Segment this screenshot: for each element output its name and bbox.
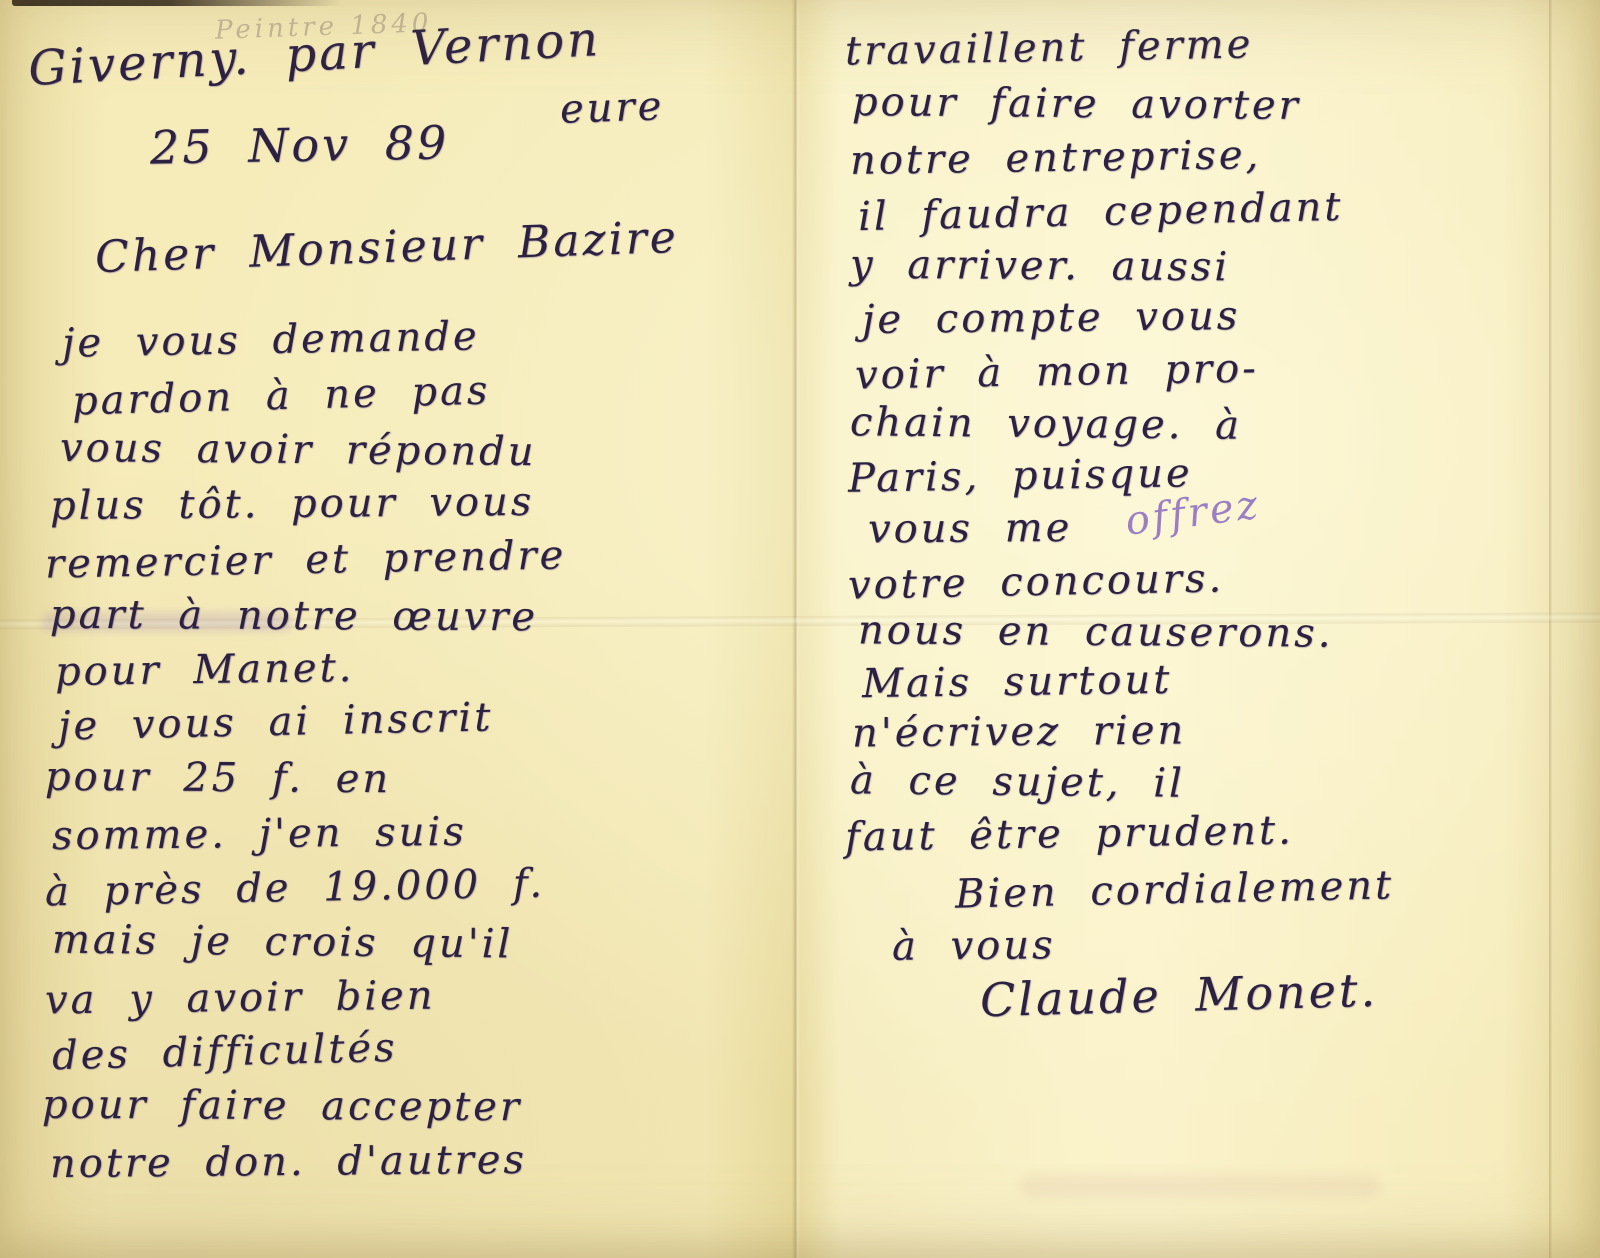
- date-line: 25 Nov 89: [150, 119, 450, 170]
- handwriting-line: à près de 19.000 f.: [45, 864, 546, 913]
- place-line-2: eure: [559, 86, 665, 130]
- handwriting-line: Mais surtout: [862, 660, 1173, 704]
- closing-line-2: à vous: [892, 925, 1056, 966]
- handwriting-line: pardon à ne pas: [72, 371, 491, 422]
- handwriting-line: nous en causerons.: [858, 610, 1334, 653]
- handwriting-line: vous avoir répondu: [60, 428, 537, 472]
- handwriting-line: plus tôt. pour vous: [50, 482, 535, 526]
- handwriting-word: vous me: [868, 505, 1073, 552]
- signature-line: Claude Monet.: [979, 967, 1378, 1023]
- handwriting-line: des difficultés: [52, 1028, 398, 1076]
- handwriting-line: voir à mon pro-: [855, 348, 1259, 395]
- closing-line: Bien cordialement: [955, 865, 1395, 914]
- handwriting-line: vous meoffrez: [868, 507, 1263, 550]
- page-fold: [792, 0, 800, 1258]
- handwriting-line: à ce sujet, il: [850, 760, 1185, 804]
- handwriting-line: travaillent ferme: [845, 24, 1254, 71]
- handwriting-line: notre entreprise,: [850, 135, 1262, 181]
- place-line: Giverny. par Vernon: [27, 15, 602, 93]
- handwriting-line: votre concours.: [848, 558, 1225, 605]
- handwriting-line: remercier et prendre: [45, 535, 567, 584]
- handwriting-line: faut être prudent.: [845, 810, 1294, 857]
- handwriting-line: pour Manet.: [55, 648, 355, 692]
- handwriting-line: notre don. d'autres: [50, 1140, 527, 1184]
- handwriting-line: il faudra cependant: [858, 187, 1344, 237]
- handwriting-line: je compte vous: [862, 296, 1241, 340]
- paper-edge-line: [1549, 0, 1552, 1258]
- handwriting-line: je vous ai inscrit: [58, 697, 494, 746]
- salutation-line: Cher Monsieur Bazire: [94, 216, 679, 280]
- handwriting-line: part à notre œuvre: [50, 595, 538, 638]
- handwriting-line: pour 25 f. en: [45, 757, 391, 799]
- scan-edge-artifact: [12, 0, 342, 6]
- handwriting-line: chain voyage. à: [850, 402, 1242, 445]
- handwriting-line: va y avoir bien: [45, 976, 436, 1021]
- handwriting-line: je vous demande: [62, 316, 480, 363]
- handwriting-line: y arriver. aussi: [850, 245, 1230, 288]
- bleed-through-smudge: [1020, 1175, 1380, 1197]
- handwriting-line: pour faire avorter: [852, 82, 1301, 126]
- handwriting-line: mais je crois qu'il: [52, 920, 514, 965]
- letter-scan: Peintre 1840 Giverny. par Vernon eure 25…: [0, 0, 1600, 1258]
- handwriting-line: pour faire accepter: [42, 1085, 522, 1128]
- handwriting-line: n'écrivez rien: [852, 711, 1186, 754]
- handwriting-line: Paris, puisque: [848, 453, 1193, 498]
- handwriting-line: somme. j'en suis: [52, 812, 467, 856]
